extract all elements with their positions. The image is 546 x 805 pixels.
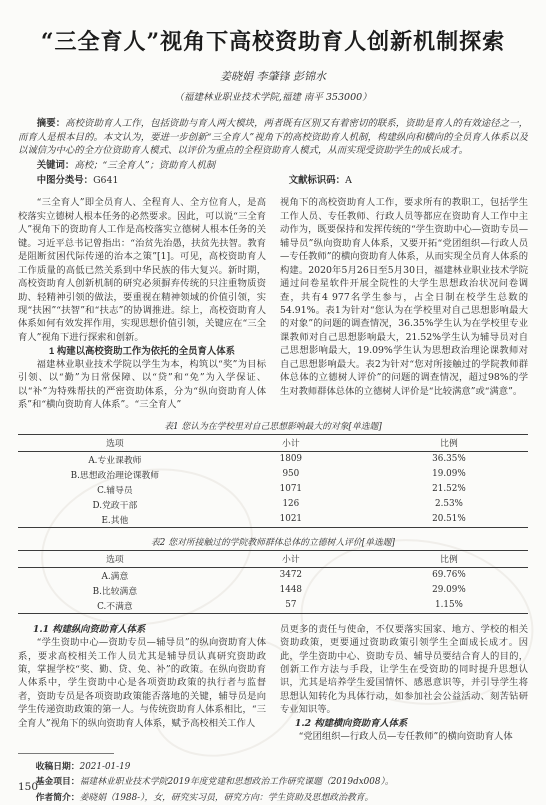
table-header-cell: 选项: [18, 434, 212, 451]
table-1-block: 表1 您认为在学校里对自己思想影响最大的对象[单选题] 选项小计比例 A.专业课…: [18, 419, 528, 528]
table-header-row: 选项小计比例: [18, 434, 528, 451]
abstract-text: 高校资助育人工作，包括资助与育人两大模块，两者既有区别又有着密切的联系，资助是育…: [18, 118, 528, 156]
table-header-cell: 比例: [370, 434, 528, 451]
table-2-block: 表2 您对所接触过的学院教师群体总体的立德树人评价[单选题] 选项小计比例 A.…: [18, 535, 528, 614]
left-column-top: “三全育人”即全员育人、全程育人、全方位育人，是高校落实立德树人根本任务的必然要…: [18, 196, 266, 411]
table-cell: 20.51%: [370, 512, 528, 528]
table-header-cell: 小计: [212, 550, 370, 567]
table-cell: 57: [212, 598, 370, 614]
right-column-top: 视角下的高校资助育人工作，要求所有的教职工，包括学生工作人员、专任教师、行政人员…: [280, 196, 528, 411]
received-date-label: 收稿日期：: [36, 761, 80, 771]
clc-label: 中图分类号：: [37, 174, 93, 185]
table-row: C.辅导员107121.52%: [18, 482, 528, 497]
table-2-head: 选项小计比例: [18, 550, 528, 567]
section-1-left-paragraph: 福建林业职业技术学院以学生为本，构筑以“奖”为目标引领、以“勤”为日常保障、以“…: [18, 358, 266, 412]
table-cell: D.党政干部: [18, 497, 212, 512]
abstract: 摘要：高校资助育人工作，包括资助与育人两大模块，两者既有区别又有着密切的联系，资…: [18, 116, 528, 158]
table-cell: 2.53%: [370, 497, 528, 512]
table-1-caption: 表1 您认为在学校里对自己思想影响最大的对象[单选题]: [18, 419, 528, 432]
table-header-row: 选项小计比例: [18, 550, 528, 567]
affiliation: （福建林业职业技术学院,福建 南平 353000）: [18, 89, 528, 103]
fund-project-value: 福建林业职业技术学院2019年度党建和思想政治工作研究课题（2019dx008）…: [80, 777, 394, 787]
section-1-1-right-paragraph: 员更多的责任与使命，不仅要落实国家、地方、学校的相关资助政策，更要通过资助政策引…: [280, 623, 528, 717]
table-cell: 126: [212, 497, 370, 512]
table-cell: 1448: [212, 583, 370, 598]
table-cell: C.辅导员: [18, 482, 212, 497]
table-2: 选项小计比例 A.满意347269.76%B.比较满意144829.09%C.不…: [18, 550, 528, 614]
table-cell: E.其他: [18, 512, 212, 528]
table-1-head: 选项小计比例: [18, 434, 528, 451]
doc-code-value: A: [345, 175, 352, 186]
table-header-cell: 比例: [370, 550, 528, 567]
table-cell: 1.15%: [370, 598, 528, 614]
keywords-text: 高校；“三全育人”；资助育人机制: [74, 160, 215, 171]
paper-title: “三全育人”视角下高校资助育人创新机制探索: [18, 28, 528, 56]
author-bio-label: 作者简介：: [36, 792, 80, 802]
table-cell: 29.09%: [370, 583, 528, 598]
table-cell: 1021: [212, 512, 370, 528]
authors: 姜晓娟 李肇锋 彭锦水: [18, 68, 528, 84]
received-date-note: 收稿日期：2021-01-19: [18, 759, 528, 775]
table-header-cell: 选项: [18, 550, 212, 567]
left-column-bottom: 1.1 构建纵向资助育人体系 “学生资助中心—资助专员—辅导员”的纵向资助育人体…: [18, 623, 266, 744]
author-bio-note: 作者简介：姜晓娟（1988-），女，研究实习员，研究方向：学生资助及思想政治教育…: [18, 790, 528, 805]
classification-line: 中图分类号：G641 文献标识码：A: [18, 173, 528, 188]
table-row: B.思想政治理论课教师95019.09%: [18, 467, 528, 482]
section-1-2-heading: 1.2 构建横向资助育人体系: [280, 717, 528, 730]
intro-paragraph: “三全育人”即全员育人、全程育人、全方位育人，是高校落实立德树人根本任务的必然要…: [18, 196, 266, 344]
received-date-value: 2021-01-19: [80, 762, 131, 772]
table-cell: A.满意: [18, 567, 212, 583]
table-cell: B.比较满意: [18, 583, 212, 598]
table-row: C.不满意571.15%: [18, 598, 528, 614]
table-cell: 950: [212, 467, 370, 482]
footnotes: 收稿日期：2021-01-19 基金项目：福建林业职业技术学院2019年度党建和…: [18, 759, 528, 805]
table-cell: 1809: [212, 451, 370, 467]
section-1-1-left-paragraph: “学生资助中心—资助专员—辅导员”的纵向资助育人体系，要求高校相关工作人员尤其是…: [18, 636, 266, 730]
table-cell: 19.09%: [370, 467, 528, 482]
fund-project-label: 基金项目：: [36, 776, 80, 786]
keywords-label: 关键词：: [37, 159, 75, 170]
doc-code-label: 文献标识码：: [289, 174, 345, 185]
table-row: D.党政干部1262.53%: [18, 497, 528, 512]
table-cell: 21.52%: [370, 482, 528, 497]
table-cell: B.思想政治理论课教师: [18, 467, 212, 482]
body-columns-top: “三全育人”即全员育人、全程育人、全方位育人，是高校落实立德树人根本任务的必然要…: [18, 196, 528, 411]
table-header-cell: 小计: [212, 434, 370, 451]
section-1-1-heading: 1.1 构建纵向资助育人体系: [18, 623, 266, 636]
table-row: A.专业课教师180936.35%: [18, 451, 528, 467]
clc-value: G641: [93, 175, 118, 186]
section-1-right-paragraph: 视角下的高校资助育人工作，要求所有的教职工，包括学生工作人员、专任教师、行政人员…: [280, 196, 528, 398]
table-1-body: A.专业课教师180936.35%B.思想政治理论课教师95019.09%C.辅…: [18, 451, 528, 527]
abstract-label: 摘要：: [37, 117, 65, 128]
right-column-bottom: 员更多的责任与使命，不仅要落实国家、地方、学校的相关资助政策，更要通过资助政策引…: [280, 623, 528, 744]
table-cell: 3472: [212, 567, 370, 583]
section-1-2-paragraph: “党团组织—行政人员—专任教师”的横向资助育人体: [280, 730, 528, 743]
keywords-line: 关键词：高校；“三全育人”；资助育人机制: [18, 158, 528, 173]
table-row: E.其他102120.51%: [18, 512, 528, 528]
clc-group: 中图分类号：G641: [37, 173, 289, 188]
fund-project-note: 基金项目：福建林业职业技术学院2019年度党建和思想政治工作研究课题（2019d…: [18, 774, 528, 790]
table-cell: 1071: [212, 482, 370, 497]
table-cell: 36.35%: [370, 451, 528, 467]
page-number: 150: [18, 781, 38, 793]
table-row: B.比较满意144829.09%: [18, 583, 528, 598]
footnote-divider: [18, 753, 114, 754]
table-row: A.满意347269.76%: [18, 567, 528, 583]
body-columns-bottom: 1.1 构建纵向资助育人体系 “学生资助中心—资助专员—辅导员”的纵向资助育人体…: [18, 623, 528, 744]
author-bio-value: 姜晓娟（1988-），女，研究实习员，研究方向：学生资助及思想政治教育。: [80, 793, 374, 803]
table-cell: C.不满意: [18, 598, 212, 614]
paper-page: “三全育人”视角下高校资助育人创新机制探索 姜晓娟 李肇锋 彭锦水 （福建林业职…: [0, 0, 546, 805]
table-2-body: A.满意347269.76%B.比较满意144829.09%C.不满意571.1…: [18, 567, 528, 613]
table-cell: 69.76%: [370, 567, 528, 583]
table-2-caption: 表2 您对所接触过的学院教师群体总体的立德树人评价[单选题]: [18, 535, 528, 548]
doc-code-group: 文献标识码：A: [289, 173, 352, 188]
section-1-heading: 1 构建以高校资助工作为依托的全员育人体系: [18, 344, 266, 357]
table-cell: A.专业课教师: [18, 451, 212, 467]
table-1: 选项小计比例 A.专业课教师180936.35%B.思想政治理论课教师95019…: [18, 434, 528, 528]
